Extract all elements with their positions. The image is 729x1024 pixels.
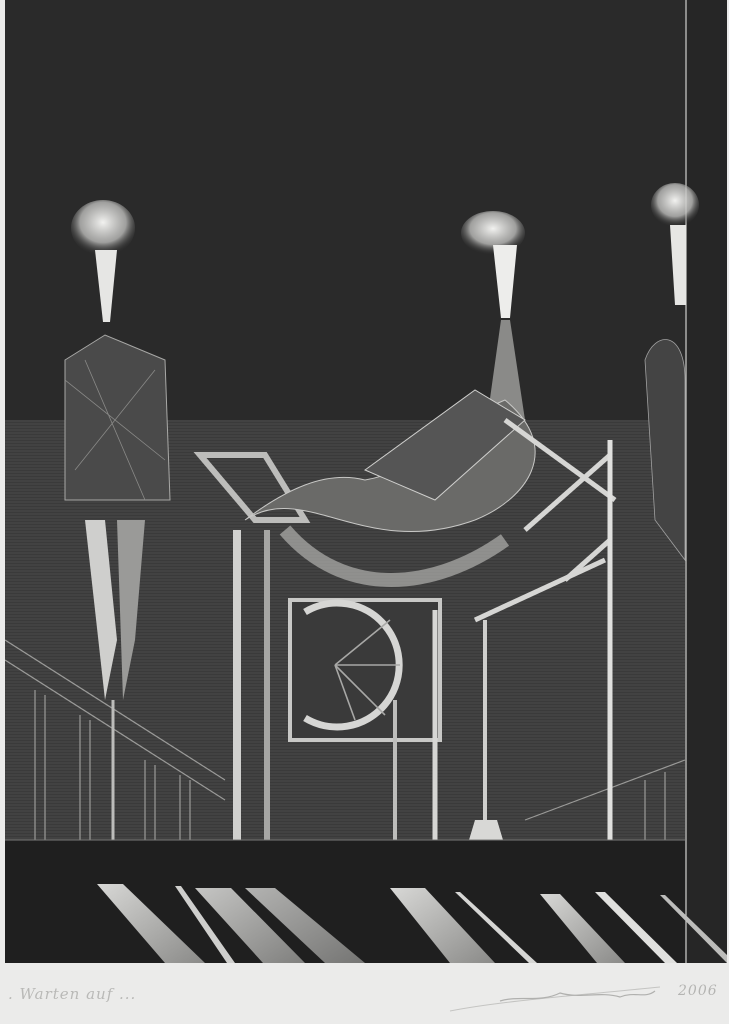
signature-year: 2006 xyxy=(678,983,718,999)
title-inscription: . Warten auf ... xyxy=(8,985,136,1003)
print-plate xyxy=(5,0,727,963)
engraving-artwork xyxy=(5,0,727,963)
paper-sheet: . Warten auf ... 2006 xyxy=(0,0,729,1024)
artist-signature: 2006 xyxy=(440,977,729,1017)
